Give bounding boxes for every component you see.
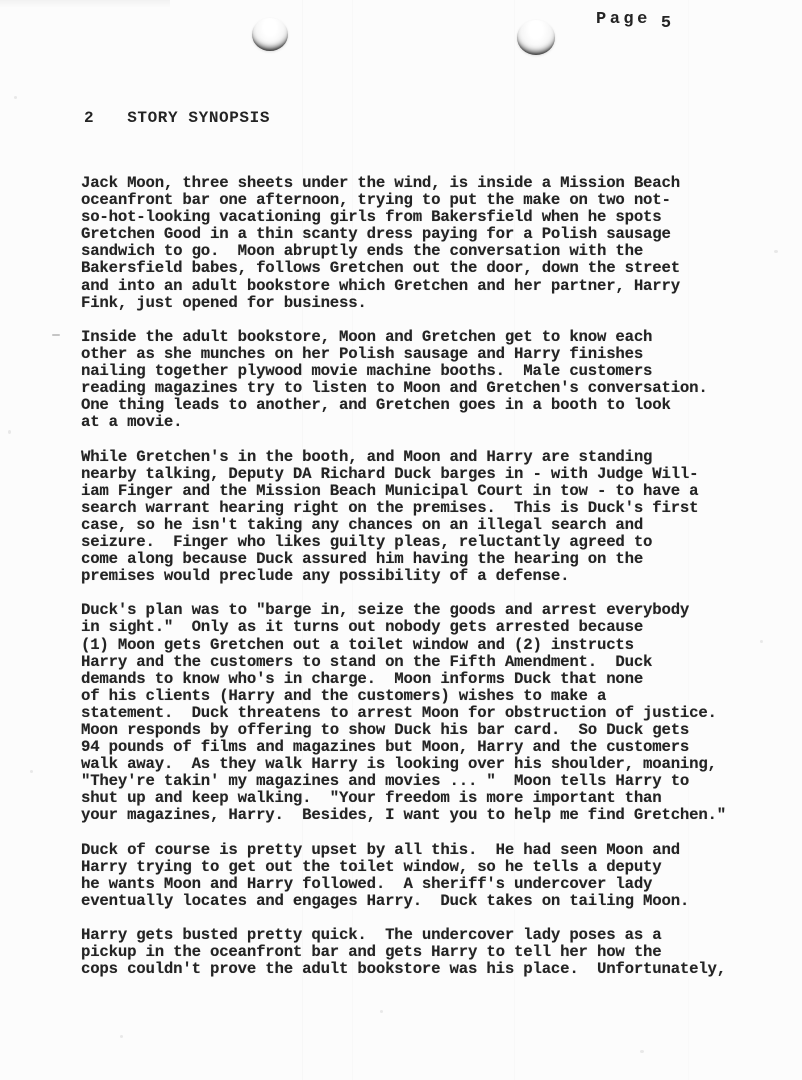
scan-speck <box>30 770 33 773</box>
scan-speck <box>640 1050 644 1053</box>
scan-speck <box>8 430 11 434</box>
scanned-document-page: Page5 2STORY SYNOPSIS Jack Moon, three s… <box>0 0 802 1080</box>
scan-speck <box>774 250 778 253</box>
scan-speck <box>380 1010 383 1013</box>
synopsis-body: Jack Moon, three sheets under the wind, … <box>81 175 771 996</box>
paragraph-4: Duck's plan was to "barge in, seize the … <box>81 602 771 824</box>
paragraph-6: Harry gets busted pretty quick. The unde… <box>81 927 771 978</box>
paragraph-5: Duck of course is pretty upset by all th… <box>81 842 771 910</box>
scan-smudge-artifact <box>0 0 170 8</box>
hole-punch-right <box>517 20 555 55</box>
scan-speck <box>14 96 17 99</box>
scan-dash-artifact <box>52 334 60 336</box>
paragraph-3: While Gretchen's in the booth, and Moon … <box>81 449 771 586</box>
page-number-label: Page5 <box>596 10 675 29</box>
section-title: STORY SYNOPSIS <box>127 109 270 127</box>
paragraph-2: Inside the adult bookstore, Moon and Gre… <box>81 329 771 432</box>
section-number: 2 <box>84 109 94 127</box>
scan-speck <box>120 1035 123 1038</box>
paragraph-1: Jack Moon, three sheets under the wind, … <box>81 175 771 312</box>
page-label-word: Page <box>596 10 651 29</box>
scan-speck <box>760 640 763 643</box>
hole-punch-left <box>252 18 288 51</box>
page-label-number: 5 <box>661 14 675 33</box>
section-heading: 2STORY SYNOPSIS <box>84 109 270 127</box>
